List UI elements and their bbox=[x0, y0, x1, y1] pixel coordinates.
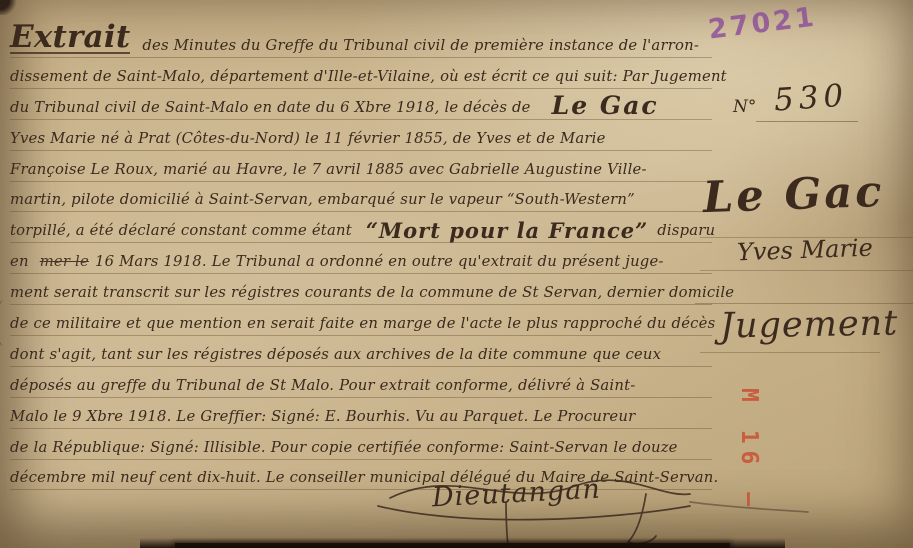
line-9-text: ment serait transcrit sur les régistres … bbox=[10, 284, 734, 301]
line-1-text: des Minutes du Greffe du Tribunal civil … bbox=[142, 37, 699, 54]
line-8-prefix: en bbox=[10, 253, 29, 270]
mort-pour-la-france: “Mort pour la France” bbox=[366, 223, 648, 240]
text-line-2: dissement de Saint-Malo, département d'I… bbox=[10, 58, 712, 89]
line-13-text: Malo le 9 Xbre 1918. Le Greffier: Signé:… bbox=[10, 408, 635, 425]
text-line-5: Françoise Le Roux, marié au Havre, le 7 … bbox=[10, 151, 712, 182]
text-line-11: dont s'agit, tant sur les régistres dépo… bbox=[10, 336, 712, 367]
margin-rule bbox=[700, 352, 880, 353]
text-line-7: torpillé, a été déclaré constant comme é… bbox=[10, 212, 712, 243]
struck-correction: mer le bbox=[40, 253, 89, 270]
text-line-14: de la République: Signé: Illisible. Pour… bbox=[10, 429, 712, 460]
line-6-text: martin, pilote domicilié à Saint-Servan,… bbox=[10, 191, 635, 208]
line-12-text: déposés au greffe du Tribunal de St Malo… bbox=[10, 377, 635, 394]
line-11-text: dont s'agit, tant sur les régistres dépo… bbox=[10, 346, 661, 363]
binding-mark bbox=[0, 300, 10, 346]
margin-surname: Le Gac bbox=[702, 167, 885, 223]
text-line-13: Malo le 9 Xbre 1918. Le Greffier: Signé:… bbox=[10, 398, 712, 429]
scan-bottom-shadow-core bbox=[175, 543, 730, 548]
margin-given-names: Yves Marie bbox=[737, 234, 874, 267]
text-line-6: martin, pilote domicilié à Saint-Servan,… bbox=[10, 182, 712, 213]
lead-word: Extrait bbox=[10, 24, 130, 54]
line-14-text: de la République: Signé: Illisible. Pour… bbox=[10, 439, 678, 456]
text-line-10: de ce militaire et que mention en serait… bbox=[10, 305, 712, 336]
line-3-text: du Tribunal civil de Saint-Malo en date … bbox=[10, 99, 531, 116]
scan-corner-shadow bbox=[0, 0, 18, 15]
registry-number-stamp: 27021 bbox=[707, 1, 819, 45]
text-line-9: ment serait transcrit sur les régistres … bbox=[10, 274, 712, 305]
text-line-8: en mer le 16 Mars 1918. Le Tribunal a or… bbox=[10, 243, 712, 274]
surname-inline: Le Gac bbox=[552, 96, 659, 116]
margin-doc-type: Jugement bbox=[720, 303, 899, 346]
folio-number-value: 530 bbox=[773, 77, 850, 118]
line-2-text: dissement de Saint-Malo, département d'I… bbox=[10, 68, 727, 85]
text-line-4: Yves Marie né à Prat (Côtes-du-Nord) le … bbox=[10, 120, 712, 151]
folio-underline bbox=[756, 121, 858, 122]
line-5-text: Françoise Le Roux, marié au Havre, le 7 … bbox=[10, 161, 647, 178]
red-series-stamp: M 16 – bbox=[736, 388, 762, 513]
line-8-text: 16 Mars 1918. Le Tribunal a ordonné en o… bbox=[95, 253, 664, 270]
line-4-text: Yves Marie né à Prat (Côtes-du-Nord) le … bbox=[10, 130, 606, 147]
text-line-3: du Tribunal civil de Saint-Malo en date … bbox=[10, 89, 712, 120]
folio-number-label: N° bbox=[733, 97, 756, 117]
text-line-12: déposés au greffe du Tribunal de St Malo… bbox=[10, 367, 712, 398]
main-text-block: Extrait des Minutes du Greffe du Tribuna… bbox=[10, 20, 712, 490]
text-line-15: décembre mil neuf cent dix-huit. Le cons… bbox=[10, 460, 712, 491]
line-10-text: de ce militaire et que mention en serait… bbox=[10, 315, 715, 332]
document-page: Extrait des Minutes du Greffe du Tribuna… bbox=[0, 0, 913, 548]
margin-rule bbox=[700, 270, 913, 271]
text-line-1: Extrait des Minutes du Greffe du Tribuna… bbox=[10, 20, 712, 58]
line-15-text: décembre mil neuf cent dix-huit. Le cons… bbox=[10, 469, 718, 486]
line-7-text: torpillé, a été déclaré constant comme é… bbox=[10, 222, 352, 239]
